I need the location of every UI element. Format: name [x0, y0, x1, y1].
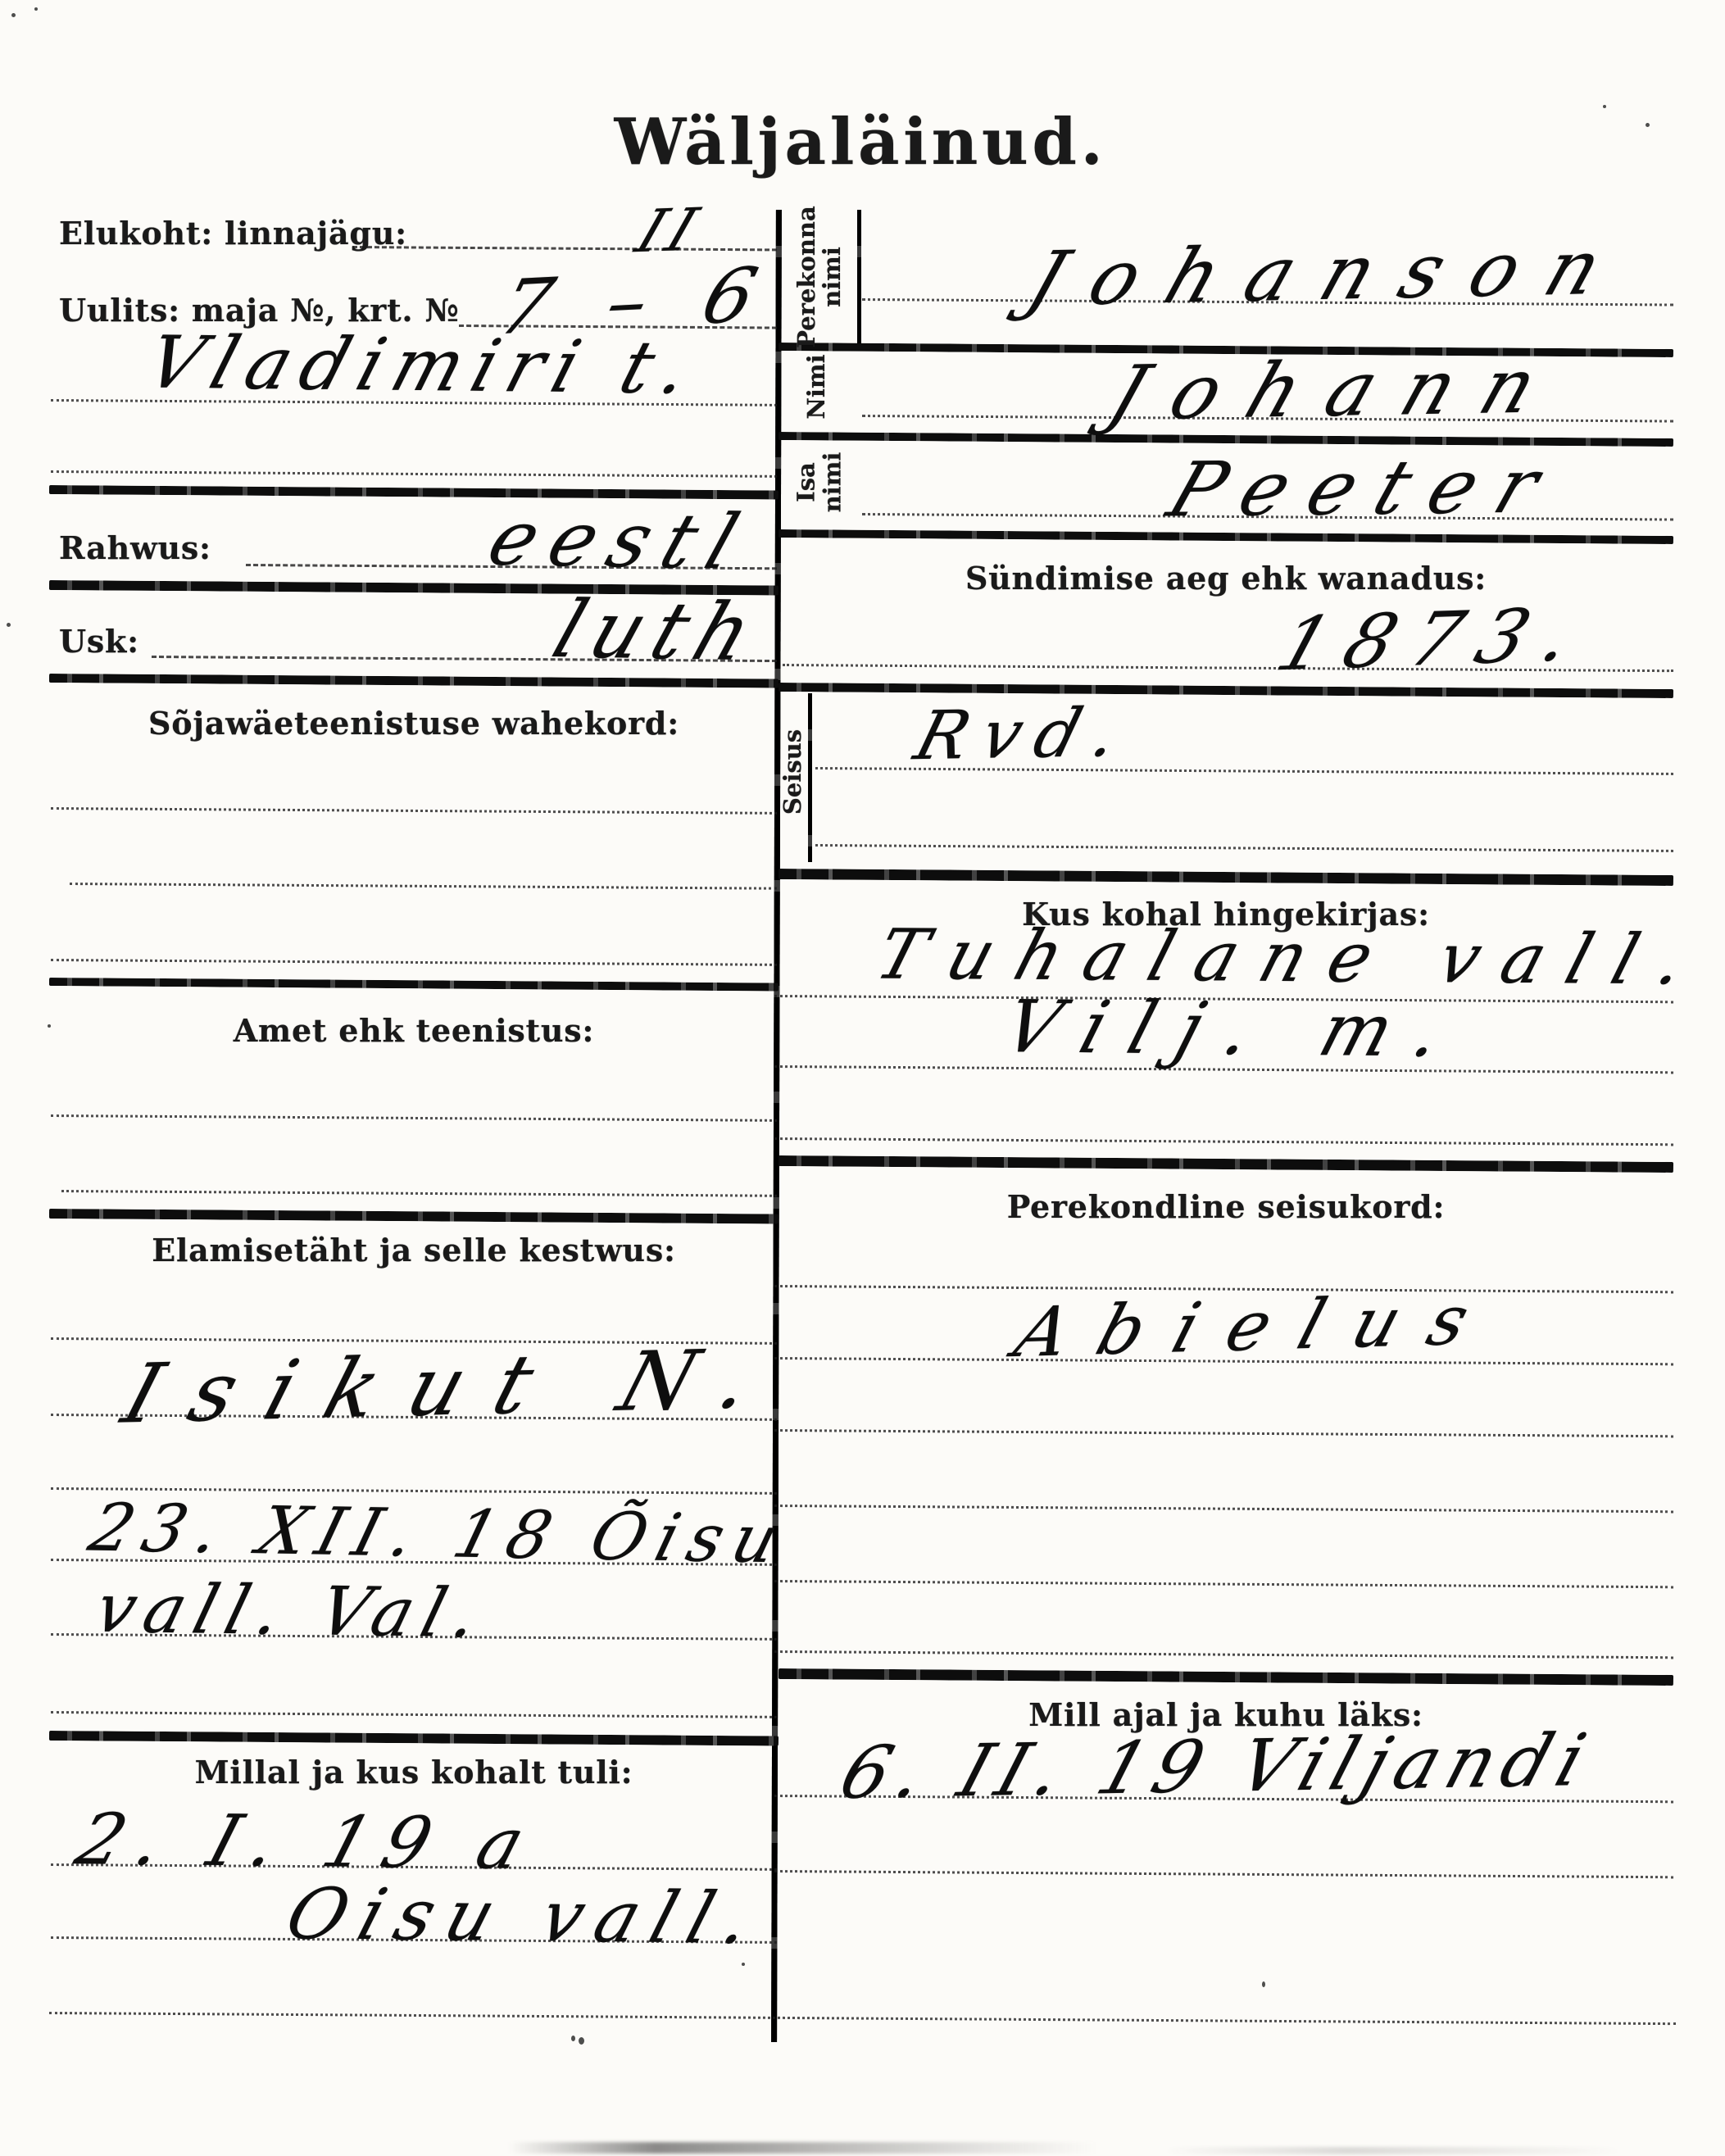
- ink-speck: [742, 1963, 745, 1966]
- arrival-value-2: Oisu vall.: [279, 1879, 773, 1954]
- rahwus-label: Rahwus:: [59, 529, 211, 566]
- ink-speck: [1603, 105, 1606, 108]
- thick-rule: [49, 978, 779, 992]
- departure-value: 6. II. 19 Viljandi: [833, 1724, 1602, 1809]
- dotted-line: [51, 470, 777, 478]
- ink-speck: [34, 7, 38, 11]
- street-name-value: Vladimiri t.: [139, 326, 709, 404]
- birth-year-value: 1873.: [1269, 598, 1600, 683]
- ink-speck: [571, 2036, 575, 2041]
- thick-rule: [779, 1668, 1673, 1686]
- thick-rule: [779, 1155, 1673, 1173]
- ink-speck: [579, 2037, 584, 2045]
- registry-value-1: Tuhalane vall.: [869, 919, 1717, 994]
- family-name-value: Johanson: [1019, 229, 1641, 317]
- dotted-line: [774, 1870, 1673, 1878]
- dotted-line: [51, 1114, 777, 1122]
- thick-rule: [49, 1731, 779, 1746]
- dotted-line: [774, 1505, 1673, 1513]
- residence-permit-value-3: vall. Val.: [89, 1576, 495, 1649]
- thick-rule: [49, 1209, 779, 1224]
- elukoht-label: Elukoht: linnajägu:: [59, 215, 407, 252]
- dotted-line: [774, 1429, 1673, 1437]
- dotted-line: [774, 1137, 1673, 1146]
- thick-rule: [779, 683, 1673, 698]
- dotted-line: [61, 1190, 777, 1197]
- ink-speck: [48, 1024, 51, 1028]
- bottom-smudge: [508, 2142, 1098, 2154]
- ink-speck: [7, 623, 11, 627]
- father-name-value: Peeter: [1160, 449, 1571, 529]
- first-name-value: Johann: [1100, 348, 1576, 432]
- usk-label: Usk:: [59, 623, 139, 660]
- family-status-value: Abielus: [1008, 1285, 1508, 1367]
- scanned-registration-card: Wäljaläinud. Elukoht: linnajägu: Uulits:…: [0, 0, 1725, 2156]
- dotted-line: [51, 807, 777, 815]
- dotted-line: [49, 2012, 1676, 2025]
- residence-permit-value-1: Isikut N.: [115, 1337, 794, 1435]
- father-name-label: Isa nimi: [777, 429, 863, 536]
- usk-value: luth: [544, 590, 772, 672]
- dotted-line: [774, 1580, 1673, 1588]
- bottom-smudge: [1164, 2147, 1623, 2154]
- family-name-label: Perekonna nimi: [774, 199, 865, 355]
- arrival-value-1: 2. I. 19 a: [69, 1804, 546, 1880]
- elukoht-value: II: [629, 200, 710, 261]
- residence-permit-value-2: 23. XII. 18 Õisu: [83, 1496, 796, 1573]
- arrival-section-label: Millal ja kus kohalt tuli:: [49, 1754, 779, 1791]
- ink-speck: [1646, 123, 1650, 127]
- dotted-line: [815, 844, 1673, 852]
- ink-speck: [11, 13, 16, 17]
- page-title: Wäljaläinud.: [492, 105, 1229, 179]
- occupation-section-label: Amet ehk teenistus:: [49, 1012, 779, 1049]
- family-status-section-label: Perekondline seisukord:: [779, 1188, 1673, 1225]
- dotted-line: [774, 1650, 1673, 1659]
- status-value: Rvd.: [908, 700, 1139, 771]
- dashed-line: [352, 246, 777, 251]
- dotted-line: [70, 883, 777, 890]
- rahwus-value: eestl: [479, 501, 761, 580]
- status-label: Seisus: [769, 702, 818, 842]
- military-section-label: Sõjawäeteenistuse wahekord:: [49, 705, 779, 742]
- registry-value-2: Vilj. m.: [996, 991, 1475, 1068]
- ink-speck: [1262, 1981, 1265, 1987]
- residence-permit-section-label: Elamisetäht ja selle kestwus:: [49, 1232, 779, 1269]
- dotted-line: [51, 1711, 777, 1718]
- thick-rule: [779, 869, 1673, 886]
- birth-section-label: Sündimise aeg ehk wanadus:: [779, 560, 1673, 597]
- dotted-line: [51, 959, 777, 966]
- first-name-label: Nimi: [792, 342, 842, 432]
